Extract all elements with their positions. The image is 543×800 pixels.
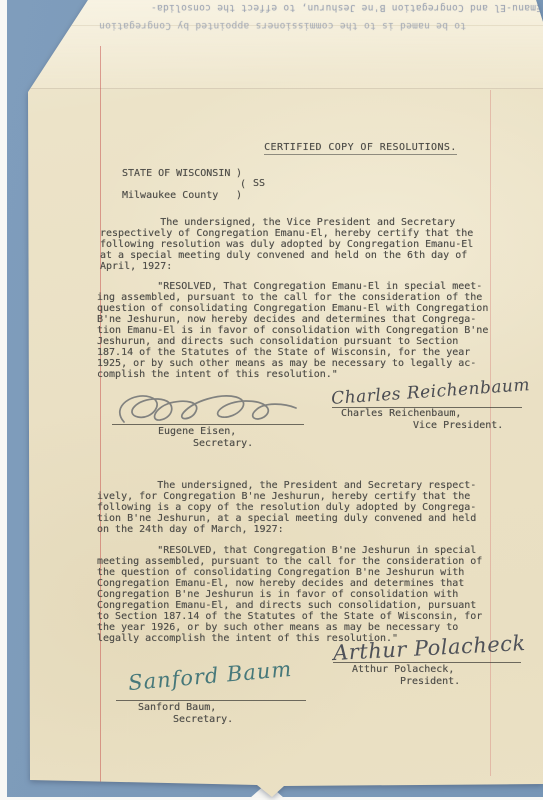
signature-line-eisen: [112, 424, 304, 425]
jurat-brace-top: ): [236, 168, 242, 179]
jurat-county: Milwaukee County: [122, 190, 218, 201]
ruled-margin-left: [100, 46, 101, 783]
certification-paragraph-2: The undersigned, the President and Secre…: [97, 480, 476, 535]
document-page: Emanu-El and Congregation B'ne Jeshurun,…: [0, 0, 543, 800]
paper-surface: Emanu-El and Congregation B'ne Jeshurun,…: [0, 0, 543, 800]
showthrough-line-2: to be named is to the commissioners appo…: [74, 20, 466, 31]
jurat-brace-bottom: ): [236, 190, 242, 201]
jurat-state: STATE OF WISCONSIN: [122, 168, 230, 179]
resolution-paragraph-1: "RESOLVED, That Congregation Emanu-El in…: [97, 281, 488, 380]
document-title-text: CERTIFIED COPY OF RESOLUTIONS.: [264, 142, 457, 155]
resolution-paragraph-2: "RESOLVED, that Congregation B'ne Jeshur…: [97, 545, 482, 644]
page-top-fold: [0, 0, 543, 89]
jurat-ss: SS: [253, 178, 265, 189]
reichenbaum-signature: Charles Reichenbaum: [331, 375, 531, 409]
typed-title-baum: Secretary.: [173, 714, 233, 725]
showthrough-line-1: Emanu-El and Congregation B'ne Jeshurun,…: [58, 2, 542, 13]
signature-line-baum: [116, 700, 306, 701]
signature-line-polacheck: [333, 662, 521, 663]
typed-title-reichenbaum: Vice President.: [413, 420, 503, 431]
typed-name-polacheck: Atthur Polacheck,: [352, 664, 454, 675]
certification-paragraph-1: The undersigned, the Vice President and …: [100, 217, 473, 272]
document-title: CERTIFIED COPY OF RESOLUTIONS.: [228, 131, 457, 164]
ruled-margin-right: [490, 90, 491, 776]
typed-name-eisen: Eugene Eisen,: [158, 426, 236, 437]
typed-name-baum: Sanford Baum,: [138, 702, 216, 713]
typed-name-reichenbaum: Charles Reichenbaum,: [341, 408, 461, 419]
typed-title-eisen: Secretary.: [193, 438, 253, 449]
typed-title-polacheck: President.: [400, 676, 460, 687]
baum-signature: Sanford Baum: [127, 657, 293, 695]
jurat-brace-mid: (: [240, 179, 246, 190]
